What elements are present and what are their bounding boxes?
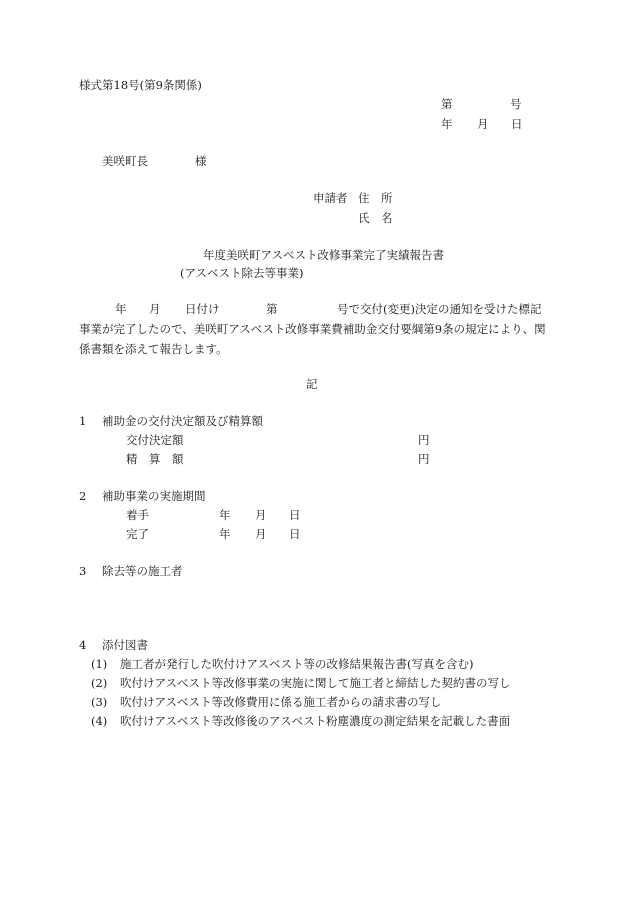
completion-month: 月 (255, 529, 267, 541)
section-title: 補助事業の実施期間 (102, 489, 206, 503)
section-number: 3 (79, 566, 102, 578)
number-prefix: 第 (441, 99, 453, 111)
section-title: 添付図書 (102, 638, 148, 652)
body-no: 第 (266, 304, 278, 316)
body-year: 年 (115, 304, 127, 316)
date-month: 月 (477, 119, 489, 131)
attachment-text: 施工者が発行した吹付けアスベスト等の改修結果報告書(写真を含む) (120, 657, 474, 671)
ki-heading: 記 (306, 379, 318, 391)
grant-decision-amount-unit: 円 (418, 435, 430, 447)
applicant-label: 申請者 (313, 193, 348, 205)
completion-year: 年 (219, 529, 231, 541)
date-year: 年 (441, 119, 453, 131)
body-dated: 日付け (185, 304, 220, 316)
settled-amount-unit: 円 (418, 454, 430, 466)
attachment-item: (3)吹付けアスベスト等改修費用に係る施工者からの請求書の写し (91, 697, 442, 709)
attachment-text: 吹付けアスベスト等改修費用に係る施工者からの請求書の写し (120, 695, 442, 709)
title-line-2: (アスベスト除去等事業) (180, 268, 304, 280)
section-title: 除去等の施工者 (102, 564, 183, 578)
body-month: 月 (149, 304, 161, 316)
date-day: 日 (511, 119, 523, 131)
body-line-2: 事業が完了したので、美咲町アスベスト改修事業費補助金交付要綱第9条の規定により、… (79, 324, 546, 336)
attachment-text: 吹付けアスベスト等改修事業の実施に関して施工者と締結した契約書の写し (120, 676, 511, 690)
section-number: 1 (79, 416, 102, 428)
section-number: 4 (79, 640, 102, 652)
name-label: 氏 名 (358, 213, 393, 225)
attachment-number: (2) (91, 678, 120, 690)
start-day: 日 (289, 510, 301, 522)
completion-day: 日 (289, 529, 301, 541)
start-month: 月 (255, 510, 267, 522)
section-2-heading: 2補助事業の実施期間 (79, 491, 206, 503)
title-line-1: 年度美咲町アスベスト改修事業完了実績報告書 (203, 250, 444, 262)
attachment-number: (1) (91, 659, 120, 671)
settled-amount-label: 精 算 額 (126, 454, 184, 466)
start-label: 着手 (126, 510, 149, 522)
attachment-number: (3) (91, 697, 120, 709)
section-4-heading: 4添付図書 (79, 640, 148, 652)
grant-decision-amount-label: 交付決定額 (126, 435, 184, 447)
attachment-number: (4) (91, 716, 120, 728)
section-number: 2 (79, 491, 102, 503)
number-suffix: 号 (510, 99, 522, 111)
address-label: 住 所 (358, 193, 393, 205)
start-year: 年 (219, 510, 231, 522)
attachment-text: 吹付けアスベスト等改修後のアスベスト粉塵濃度の測定結果を記載した書面 (120, 714, 510, 728)
body-line-3: 係書類を添えて報告します。 (79, 344, 228, 356)
section-1-heading: 1補助金の交付決定額及び精算額 (79, 416, 263, 428)
addressee-honorific: 様 (195, 156, 207, 168)
attachment-item: (1)施工者が発行した吹付けアスベスト等の改修結果報告書(写真を含む) (91, 659, 474, 671)
attachment-item: (2)吹付けアスベスト等改修事業の実施に関して施工者と締結した契約書の写し (91, 678, 511, 690)
completion-label: 完了 (126, 529, 149, 541)
addressee-name: 美咲町長 (102, 156, 148, 168)
attachment-item: (4)吹付けアスベスト等改修後のアスベスト粉塵濃度の測定結果を記載した書面 (91, 716, 510, 728)
body-line1-rest: 号で交付(変更)決定の通知を受けた標記 (337, 304, 541, 316)
section-title: 補助金の交付決定額及び精算額 (102, 414, 263, 428)
form-label: 様式第18号(第9条関係) (79, 80, 202, 92)
section-3-heading: 3除去等の施工者 (79, 566, 183, 578)
